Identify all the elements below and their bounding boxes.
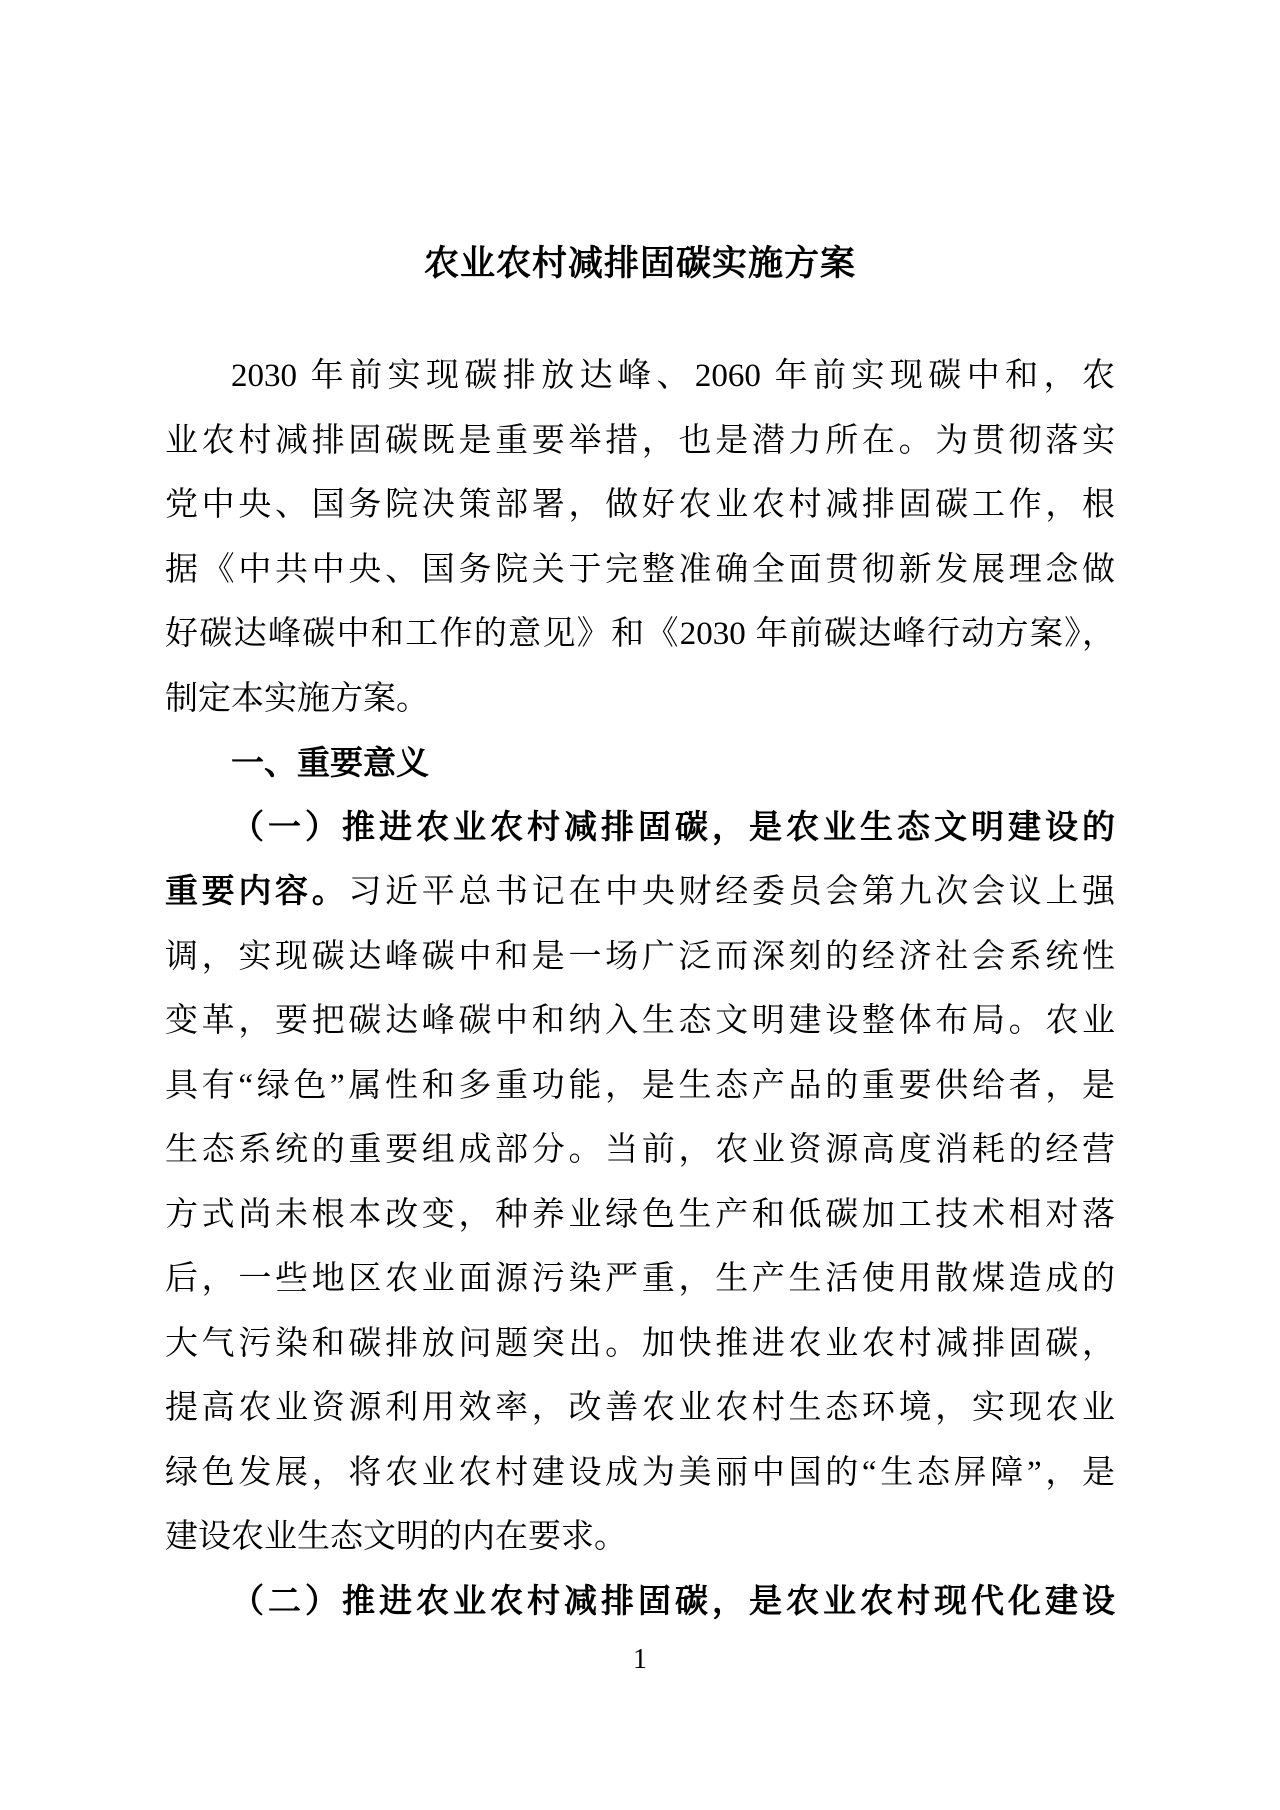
body-text-line: 建设农业生态文明的内在要求。 — [165, 1505, 1115, 1570]
page-number: 1 — [165, 1638, 1115, 1682]
intro-paragraph-line: 制定本实施方案。 — [165, 667, 1115, 732]
item-one-lead-line: （一）推进农业农村减排固碳，是农业生态文明建设的 — [165, 796, 1115, 861]
document-page: 农业农村减排固碳实施方案 2030 年前实现碳排放达峰、2060 年前实现碳中和… — [0, 0, 1280, 1810]
document-body: 2030 年前实现碳排放达峰、2060 年前实现碳中和，农 业农村减排固碳既是重… — [165, 344, 1115, 1634]
body-text-line: 具有“绿色”属性和多重功能，是生态产品的重要供给者，是 — [165, 1054, 1115, 1119]
body-text-line: 大气污染和碳排放问题突出。加快推进农业农村减排固碳， — [165, 1312, 1115, 1377]
section-one-heading: 一、重要意义 — [165, 731, 1115, 796]
item-one-body-start: 习近平总书记在中央财经委员会第九次会议上强 — [348, 874, 1115, 910]
body-text-line: 调，实现碳达峰碳中和是一场广泛而深刻的经济社会系统性 — [165, 925, 1115, 990]
body-text-line: 后，一些地区农业面源污染严重，生产生活使用散煤造成的 — [165, 1247, 1115, 1312]
intro-paragraph-line: 业农村减排固碳既是重要举措，也是潜力所在。为贯彻落实 — [165, 409, 1115, 474]
item-two-lead-line: （二）推进农业农村减排固碳，是农业农村现代化建设 — [165, 1570, 1115, 1635]
intro-paragraph-line: 据《中共中央、国务院关于完整准确全面贯彻新发展理念做 — [165, 538, 1115, 603]
item-one-lead-continuation: 重要内容。 — [165, 874, 348, 910]
document-title: 农业农村减排固碳实施方案 — [165, 236, 1115, 286]
intro-paragraph-line: 好碳达峰碳中和工作的意见》和《2030 年前碳达峰行动方案》， — [165, 602, 1115, 667]
intro-paragraph-line: 2030 年前实现碳排放达峰、2060 年前实现碳中和，农 — [165, 344, 1115, 409]
item-one-mixed-line: 重要内容。习近平总书记在中央财经委员会第九次会议上强 — [165, 860, 1115, 925]
intro-paragraph-line: 党中央、国务院决策部署，做好农业农村减排固碳工作，根 — [165, 473, 1115, 538]
body-text-line: 绿色发展，将农业农村建设成为美丽中国的“生态屏障”，是 — [165, 1441, 1115, 1506]
body-text-line: 变革，要把碳达峰碳中和纳入生态文明建设整体布局。农业 — [165, 989, 1115, 1054]
body-text-line: 生态系统的重要组成部分。当前，农业资源高度消耗的经营 — [165, 1118, 1115, 1183]
body-text-line: 方式尚未根本改变，种养业绿色生产和低碳加工技术相对落 — [165, 1183, 1115, 1248]
body-text-line: 提高农业资源利用效率，改善农业农村生态环境，实现农业 — [165, 1376, 1115, 1441]
